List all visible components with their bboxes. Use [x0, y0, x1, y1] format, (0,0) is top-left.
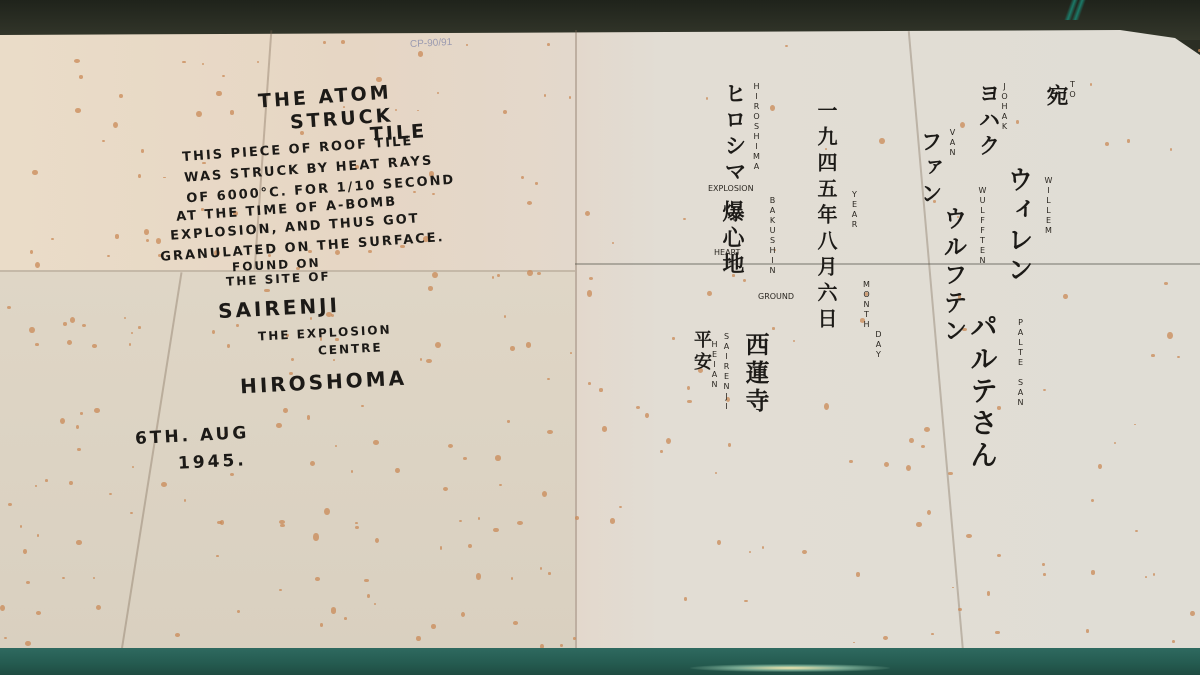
rust-spot: [230, 473, 234, 476]
rust-spot: [113, 122, 118, 128]
rust-spot: [76, 540, 82, 545]
rust-spot: [560, 644, 563, 647]
rust-spot: [666, 438, 671, 444]
date-line: 1945.: [178, 450, 248, 474]
rust-spot: [495, 455, 501, 460]
rust-spot: [526, 342, 531, 347]
fold-line-horizontal: [575, 263, 1200, 265]
rust-spot: [1127, 139, 1130, 142]
rust-spot: [672, 337, 674, 340]
rust-spot: [459, 520, 462, 522]
gloss-heart: HEART: [714, 248, 740, 257]
rust-spot: [7, 306, 11, 309]
rust-spot: [63, 322, 67, 325]
rust-spot: [706, 97, 708, 100]
rust-spot: [744, 600, 747, 603]
rust-spot: [416, 636, 420, 641]
rust-spot: [619, 506, 622, 508]
gloss-bakushin: BAKUSHIN: [768, 196, 777, 276]
rust-spot: [8, 503, 12, 506]
rust-spot: [132, 466, 134, 468]
rust-spot: [351, 470, 353, 473]
rust-spot: [355, 526, 359, 529]
rust-spot: [51, 238, 54, 240]
rust-spot: [30, 250, 33, 254]
rust-spot: [428, 286, 433, 291]
rust-spot: [1043, 573, 1045, 576]
gloss-heian: HEIAN: [710, 340, 719, 390]
rust-spot: [77, 448, 81, 451]
jp-column-sairenji: 西蓮寺: [738, 332, 773, 416]
rust-spot: [504, 315, 506, 318]
rust-spot: [883, 636, 888, 640]
rust-spot: [45, 479, 48, 482]
rust-spot: [37, 534, 40, 536]
rust-spot: [374, 603, 376, 605]
rust-spot: [569, 96, 571, 98]
rust-spot: [413, 191, 415, 193]
rust-spot: [222, 75, 225, 77]
gloss-palte-san: PALTE SAN: [1016, 318, 1025, 408]
jp-column-to: 宛: [1040, 84, 1071, 110]
jp-column-willem: ウィレン: [1000, 166, 1037, 286]
rust-spot: [1063, 294, 1068, 300]
rust-spot: [92, 344, 97, 348]
rust-spot: [20, 525, 22, 527]
rust-spot: [1105, 142, 1109, 146]
rust-spot: [728, 443, 731, 447]
rust-spot: [440, 546, 443, 549]
rust-spot: [599, 388, 603, 391]
rust-spot: [124, 317, 126, 319]
rust-spot: [80, 412, 84, 415]
gloss-to: TO: [1068, 80, 1077, 100]
rust-spot: [131, 332, 133, 334]
light-glare: [690, 664, 890, 672]
rust-spot: [1098, 464, 1102, 469]
jp-column-hiroshima: ヒロシマ: [718, 82, 749, 186]
rust-spot: [1114, 442, 1116, 444]
rust-spot: [931, 633, 933, 635]
rust-spot: [138, 326, 142, 329]
rust-spot: [507, 420, 511, 423]
rust-spot: [492, 276, 494, 279]
rust-spot: [418, 51, 423, 56]
gloss-month: MONTH: [862, 280, 871, 330]
rust-spot: [432, 193, 435, 195]
rust-spot: [67, 340, 72, 345]
rust-spot: [220, 520, 224, 525]
rust-spot: [1145, 576, 1147, 578]
rust-spot: [1151, 354, 1155, 357]
rust-spot: [196, 111, 202, 117]
rust-spot: [527, 201, 532, 205]
rust-spot: [879, 138, 884, 144]
rust-spot: [130, 512, 133, 514]
rust-spot: [802, 550, 807, 554]
rust-spot: [310, 461, 315, 466]
rust-spot: [107, 255, 110, 257]
rust-spot: [230, 110, 235, 115]
rust-spot: [948, 472, 952, 475]
rust-spot: [76, 425, 79, 429]
rust-spot: [216, 91, 221, 97]
jp-column-van: ファン: [914, 130, 945, 208]
jp-column-johak: ヨハク: [972, 82, 1003, 160]
rust-spot: [60, 418, 65, 424]
gloss-hiroshima: HIROSHIMA: [752, 82, 761, 172]
gloss-ground: GROUND: [758, 292, 794, 301]
rust-spot: [497, 274, 500, 277]
rust-spot: [227, 344, 230, 347]
jp-column-date: 一九四五年八月六日: [812, 100, 841, 334]
rust-spot: [1164, 282, 1168, 285]
rust-spot: [216, 555, 218, 557]
rust-spot: [749, 551, 751, 553]
rust-spot: [547, 43, 550, 46]
rust-spot: [476, 573, 481, 579]
rust-spot: [715, 472, 717, 474]
rust-spot: [32, 170, 38, 176]
fold-line-center: [575, 30, 577, 655]
rust-spot: [461, 612, 465, 617]
jp-column-palte-san: パルテさん: [962, 312, 1002, 472]
rust-spot: [279, 589, 281, 591]
rust-spot: [1170, 148, 1172, 150]
rust-spot: [1153, 573, 1155, 575]
rust-spot: [1090, 83, 1093, 86]
rust-spot: [824, 403, 829, 410]
display-case-base: [0, 648, 1200, 675]
gloss-explosion: EXPLOSION: [708, 184, 754, 193]
rust-spot: [587, 290, 593, 297]
rust-spot: [1190, 611, 1194, 616]
rust-spot: [279, 520, 285, 524]
glass-reflection: [1060, 0, 1090, 20]
gloss-sairenji: SAIRENJI: [722, 332, 731, 412]
rust-spot: [785, 45, 788, 47]
rust-spot: [119, 94, 123, 98]
gloss-wulfften: WULFFTEN: [978, 186, 987, 266]
rust-spot: [161, 482, 167, 487]
jp-column-bakushinchi: 爆心地: [716, 200, 747, 278]
rust-spot: [527, 270, 533, 276]
rust-spot: [493, 528, 499, 533]
rust-spot: [156, 238, 161, 243]
rust-spot: [717, 540, 721, 545]
rust-spot: [115, 234, 119, 239]
rust-spot: [772, 327, 776, 330]
catalog-number: CP-90/91: [410, 37, 453, 50]
rust-spot: [432, 272, 438, 278]
rust-spot: [1135, 530, 1137, 532]
rust-spot: [25, 641, 31, 646]
rust-spot: [1043, 389, 1046, 392]
rust-spot: [1172, 640, 1174, 643]
gloss-van: VAN: [948, 128, 957, 158]
rust-spot: [916, 522, 921, 527]
rust-spot: [364, 579, 369, 582]
rust-spot: [426, 359, 431, 363]
rust-spot: [35, 343, 39, 346]
rust-spot: [315, 577, 320, 581]
rust-spot: [1042, 563, 1044, 566]
rust-spot: [793, 340, 795, 342]
gloss-year: YEAR: [850, 190, 859, 230]
rust-spot: [645, 413, 649, 417]
rust-spot: [74, 59, 80, 63]
rust-spot: [431, 624, 436, 629]
rust-spot: [264, 289, 270, 293]
rust-spot: [510, 346, 515, 351]
rust-spot: [1167, 332, 1173, 339]
rust-spot: [958, 608, 961, 611]
rust-spot: [987, 591, 991, 596]
rust-spot: [323, 41, 326, 44]
gloss-johak: JOHAK: [1000, 82, 1009, 132]
rust-spot: [367, 594, 371, 598]
gloss-day: DAY: [874, 330, 883, 360]
gloss-willem: WILLEM: [1044, 176, 1053, 236]
rust-spot: [182, 61, 186, 64]
rust-spot: [141, 149, 144, 152]
rust-spot: [535, 182, 538, 185]
rust-spot: [313, 533, 319, 540]
rust-spot: [547, 378, 549, 380]
rust-spot: [1091, 570, 1095, 574]
rust-spot: [466, 44, 468, 46]
rust-spot: [602, 426, 608, 432]
rust-spot: [513, 621, 518, 625]
